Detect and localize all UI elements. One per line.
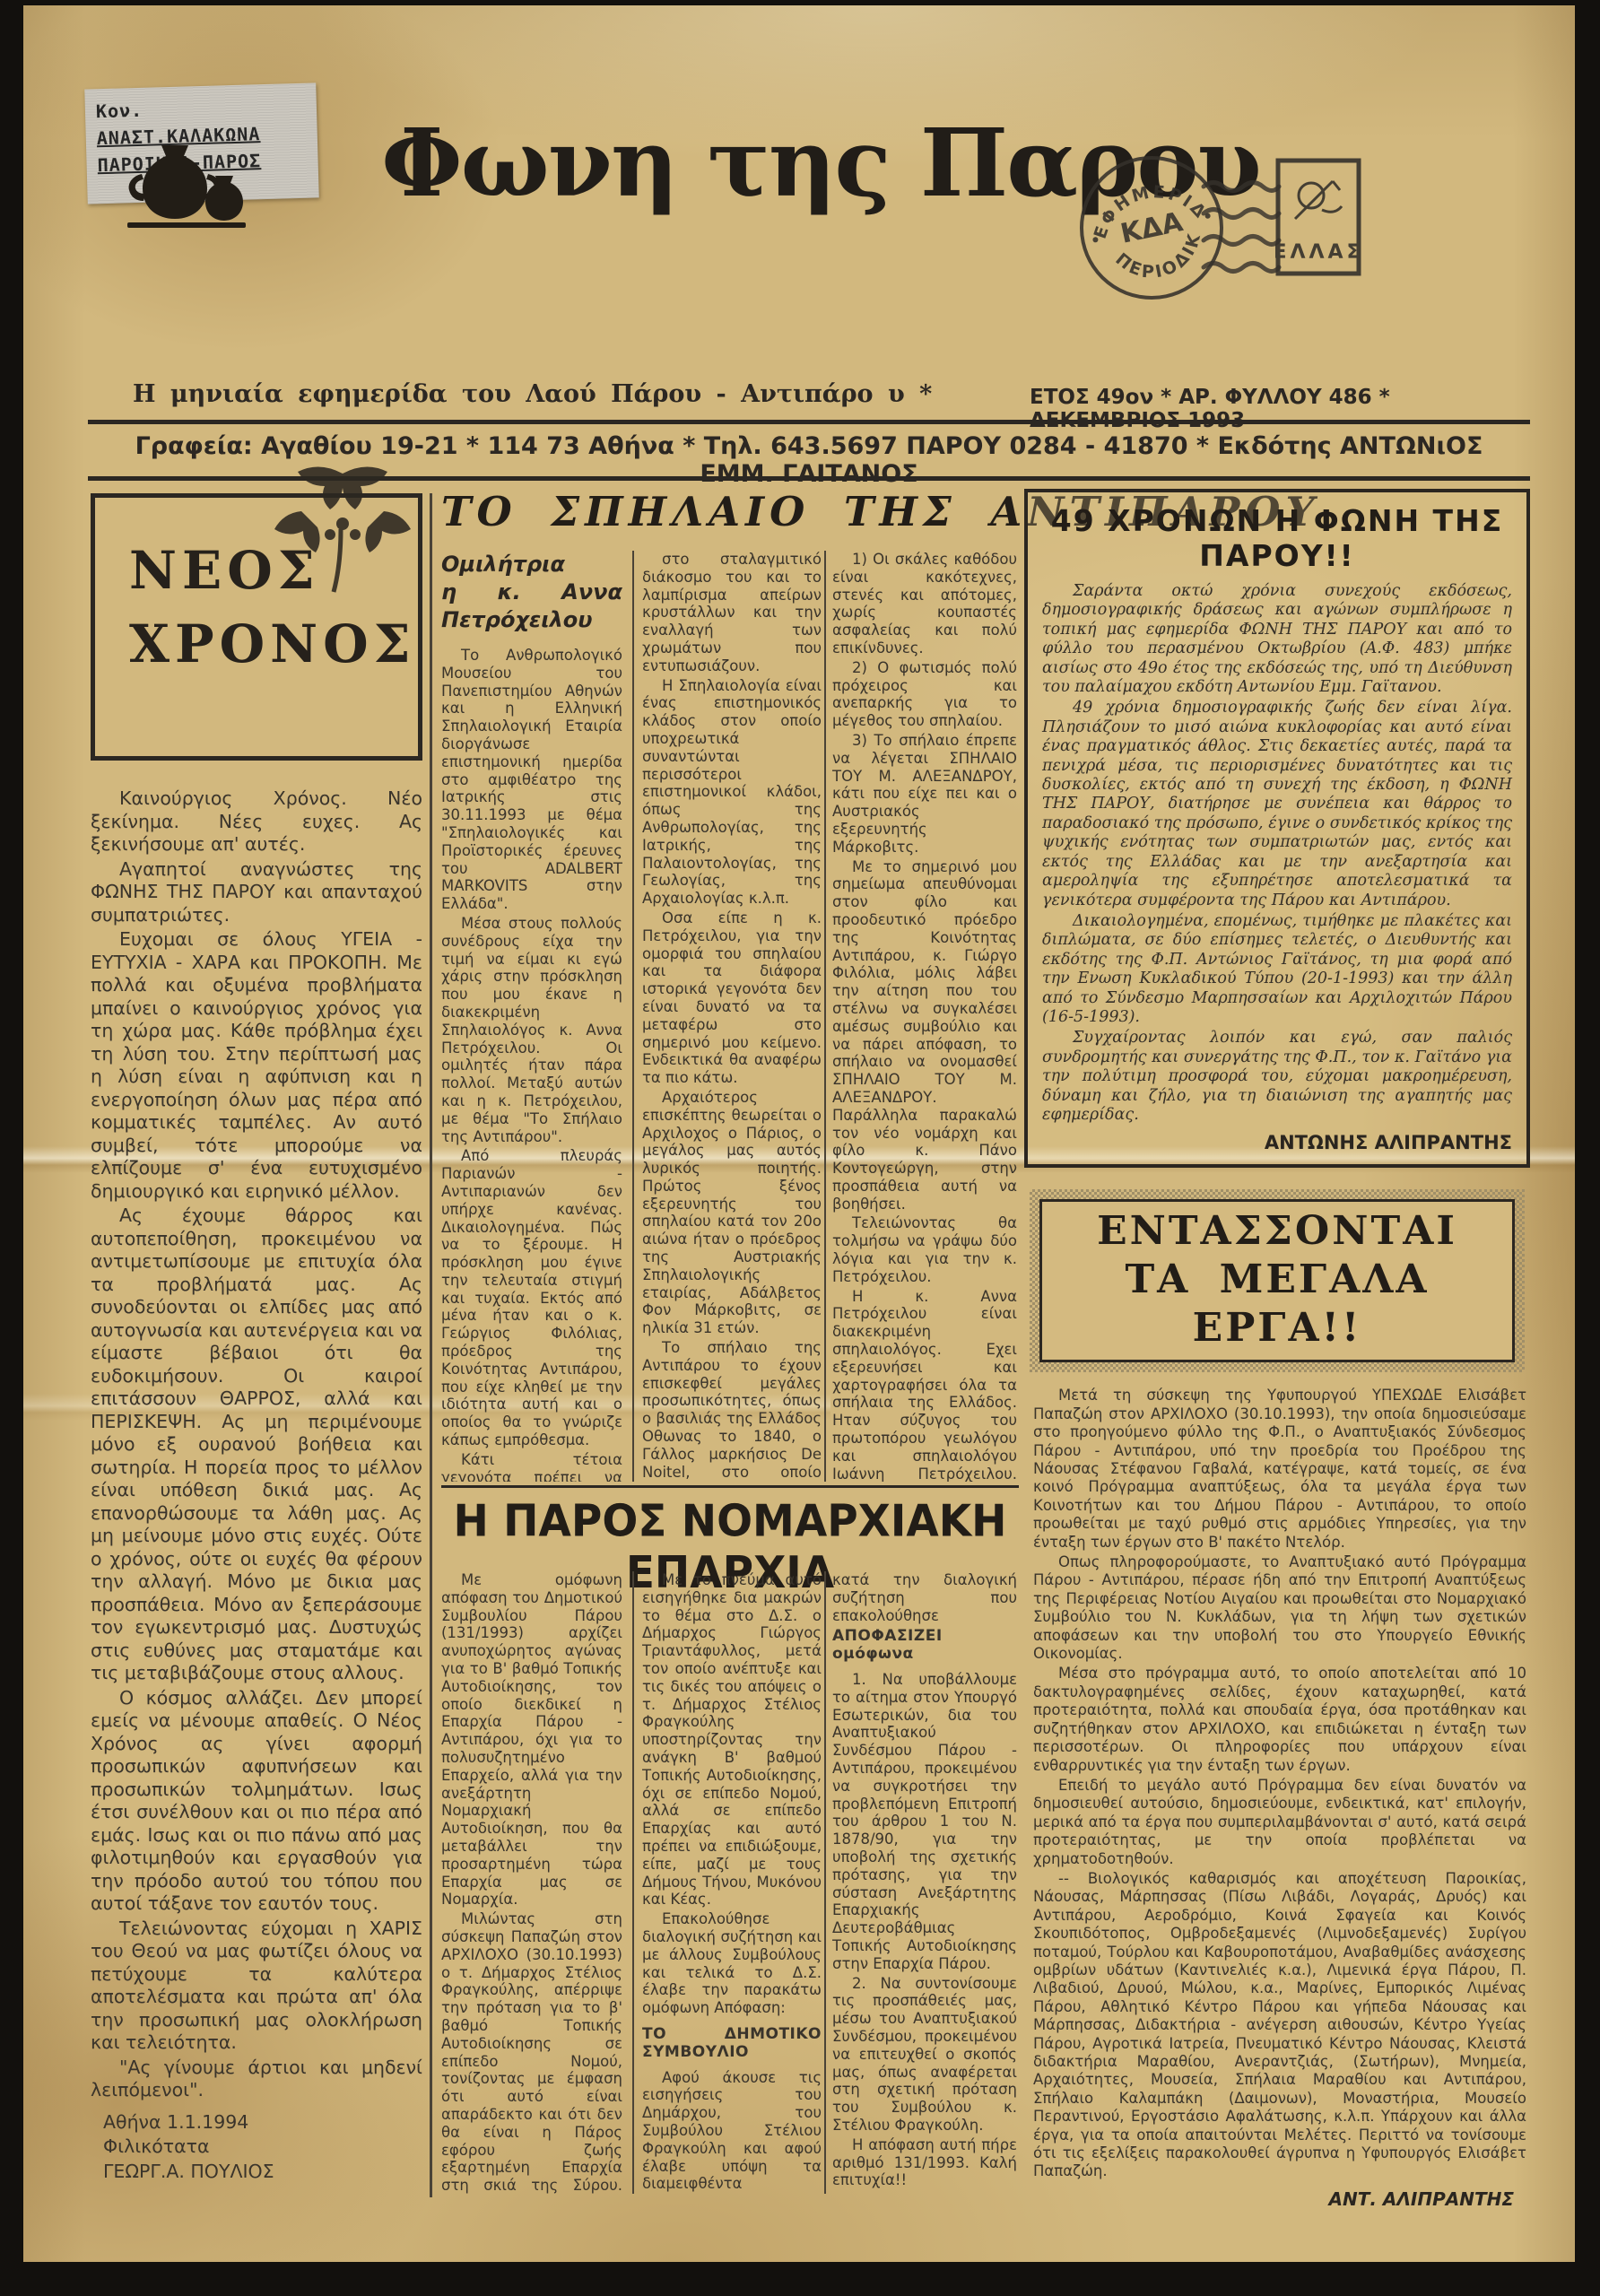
spilaio-byline: Ομιλήτρια η κ. Αννα Πετρόχειλου [441, 551, 622, 634]
column-rule-mid2b [824, 1571, 826, 2194]
paragraph: Δικηγόρος [91, 2185, 422, 2187]
neos-chronos-signature: Αθήνα 1.1.1994ΦιλικόταταΓΕΩΡΓ.Α. ΠΟΥΛΙΟΣ… [91, 2111, 422, 2187]
spilaio-headline: ΤΟ ΣΠΗΛΑΙΟ ΤΗΣ ΑΝΤΙΠΑΡΟΥ [441, 488, 1019, 535]
spilaio-col1-paragraphs: Το Ανθρωπολογικό Μουσείου του Πανεπιστημ… [441, 647, 622, 1482]
paragraph: Η κ. Αννα Πετρόχειλου είναι διακεκριμένη… [832, 1288, 1017, 1482]
paragraph: Με το σημερινό μου σημείωμα απευθύνομαι … [832, 858, 1017, 1213]
megala-erga-headline-line1: ΕΝΤΑΣΣΟΝΤΑΙ [1044, 1207, 1510, 1256]
megala-erga-signature: ΑΝΤ. ΑΛΙΠΡΑΝΤΗΣ [1033, 2188, 1526, 2210]
paragraph: Ας έχουμε θάρρος και αυτοπεποίθηση, προκ… [91, 1205, 422, 1685]
masthead-subtitle: Η μηνιαία εφημερίδα του Λαού Πάρου - Αντ… [133, 380, 932, 408]
masthead-rule-top [88, 420, 1530, 424]
nomarchiaki-column-1: Με ομόφωνη απόφαση του Δημοτικού Συμβουλ… [441, 1571, 622, 2194]
spilaio-column-3: 1) Οι σκάλες καθόδου είναι κακότεχνες, σ… [832, 551, 1017, 1482]
paragraph: Η Σπηλαιολογία είναι ένας επιστημονικός … [642, 677, 822, 908]
megala-erga-headline-frame: ΕΝΤΑΣΣΟΝΤΑΙ ΤΑ ΜΕΓΑΛΑ ΕΡΓΑ!! [1030, 1189, 1525, 1372]
paragraph: Η απόφαση αυτή πήρε αριθμό 131/1993. Καλ… [832, 2136, 1017, 2189]
paragraph: Από πλευράς Παριανών - Αντιπαριανών δεν … [441, 1147, 622, 1449]
chronia49-signature: ΑΝΤΩΝΗΣ ΑΛΙΠΡΑΝΤΗΣ [1042, 1132, 1512, 1153]
spilaio-col3-paragraphs: 1) Οι σκάλες καθόδου είναι κακότεχνες, σ… [832, 551, 1017, 1482]
paragraph: 2. Να συντονίσουμε τις προσπάθειές μας, … [832, 1975, 1017, 2135]
nomarchiaki-column-3: κατά την διαλογική συζήτηση που επακολού… [832, 1571, 1017, 2194]
paragraph: Με το πνεύμα αυτό εισηγήθηκε δια μακρών … [642, 1571, 822, 1909]
megala-erga-body: Μετά τη σύσκεψη της Υφυπουργού ΥΠΕΧΩΔΕ Ε… [1024, 1387, 1530, 2209]
nomarchiaki-col2-subhead: ΤΟ ΔΗΜΟΤΙΚΟ ΣΥΜΒΟΥΛΙΟ [642, 2026, 822, 2062]
neos-chronos-body: Καινούργιος Χρόνος. Νέο ξεκίνημα. Νέες ε… [91, 787, 422, 2187]
paragraph: στο σταλαγμιτικό διάκοσμο του και το λαμ… [642, 551, 822, 675]
megala-erga-headline-box: ΕΝΤΑΣΣΟΝΤΑΙ ΤΑ ΜΕΓΑΛΑ ΕΡΓΑ!! [1039, 1199, 1515, 1362]
paragraph: Κάτι τέτοια γεγονότα πρέπει να στέλνοντα… [441, 1451, 622, 1482]
column-rule-left [430, 493, 432, 2197]
right-column: 49 ΧΡΟΝΩΝ Η ΦΩΝΗ ΤΗΣ ΠΑΡΟΥ!! Σαράντα οκτ… [1024, 489, 1530, 2254]
paragraph: Με ομόφωνη απόφαση του Δημοτικού Συμβουλ… [441, 1571, 622, 1909]
byline-role: Ομιλήτρια [441, 551, 622, 578]
paragraph: Φιλικότατα [91, 2135, 422, 2159]
svg-text:ΕΛΛΑΣ: ΕΛΛΑΣ [1275, 241, 1361, 264]
svg-text:ΚΔΑ: ΚΔΑ [1117, 206, 1186, 250]
paragraph: Οπως πληροφορούμαστε, το Αναπτυξιακό αυτ… [1033, 1553, 1526, 1663]
byline-name: η κ. Αννα Πετρόχειλου [441, 578, 622, 634]
paragraph: Τελειώνοντας θα τολμήσω να γράψω δύο λόγ… [832, 1214, 1017, 1285]
paragraph: Αφού άκουσε τις εισηγήσεις του Δημάρχου,… [642, 2069, 822, 2194]
paragraph: Μέσα στους πολλούς συνέδρους είχα την τι… [441, 915, 622, 1145]
nomarchiaki-rule [441, 1485, 1019, 1488]
nomarchiaki-col2-paragraphs: Με το πνεύμα αυτό εισηγήθηκε δια μακρών … [642, 1571, 822, 2017]
paragraph: 2) Ο φωτισμός πολύ πρόχειρος και ανεπαρκ… [832, 659, 1017, 730]
holly-sprig-icon [265, 447, 420, 606]
paragraph: ΓΕΩΡΓ.Α. ΠΟΥΛΙΟΣ [91, 2161, 422, 2184]
paragraph: Το σπήλαιο της Αντιπάρου το έχουν επισκε… [642, 1339, 822, 1482]
paragraph: 1) Οι σκάλες καθόδου είναι κακότεχνες, σ… [832, 551, 1017, 657]
column-rule-mid1b [632, 1571, 634, 2194]
paragraph: Το Ανθρωπολογικό Μουσείου του Πανεπιστημ… [441, 647, 622, 913]
paragraph: Μετά τη σύσκεψη της Υφυπουργού ΥΠΕΧΩΔΕ Ε… [1033, 1387, 1526, 1552]
paragraph: Μιλώντας στη σύσκεψη Παπαζώη στον ΑΡΧΙΛΟ… [441, 1910, 622, 2194]
paragraph: Ευχομαι σε όλους ΥΓΕΙΑ - ΕΥΤΥΧΙΑ - ΧΑΡΑ … [91, 928, 422, 1203]
megala-erga-paragraphs: Μετά τη σύσκεψη της Υφυπουργού ΥΠΕΧΩΔΕ Ε… [1033, 1387, 1526, 2180]
paragraph: Καινούργιος Χρόνος. Νέο ξεκίνημα. Νέες ε… [91, 787, 422, 857]
greece-postal-stamp: ΕΛΛΑΣ [1275, 158, 1361, 276]
paragraph: Συγχαίροντας λοιπόν και εγώ, σαν παλιός … [1042, 1029, 1512, 1125]
spilaio-column-2: στο σταλαγμιτικό διάκοσμο του και το λαμ… [642, 551, 822, 1482]
posthorn-icon [1295, 181, 1342, 219]
paragraph: Σαράντα οκτώ χρόνια συνεχούς εκδόσεως, δ… [1042, 582, 1512, 697]
issue-info: ΕΤΟΣ 49ον * ΑΡ. ΦΥΛΛΟΥ 486 * ΔΕΚΕΜΒΡΙΟΣ … [1030, 386, 1532, 432]
chronia49-article-box: 49 ΧΡΟΝΩΝ Η ΦΩΝΗ ΤΗΣ ΠΑΡΟΥ!! Σαράντα οκτ… [1024, 489, 1530, 1168]
chronia49-headline: 49 ΧΡΟΝΩΝ Η ΦΩΝΗ ΤΗΣ ΠΑΡΟΥ!! [1042, 503, 1512, 573]
megala-erga-headline-line2: ΤΑ ΜΕΓΑΛΑ ΕΡΓΑ!! [1044, 1256, 1510, 1352]
wavy-cancellation-icon [1200, 176, 1283, 282]
nomarchiaki-column-2: Με το πνεύμα αυτό εισηγήθηκε δια μακρών … [642, 1571, 822, 2194]
paragraph: 49 χρόνια δημοσιογραφικής ζωής δεν είναι… [1042, 699, 1512, 909]
nomarchiaki-col3-paragraphs: 1. Να υποβάλλουμε το αίτημα στον Υπουργό… [832, 1671, 1017, 2189]
paragraph: 3) Το σπήλαιο έπρεπε να λέγεται ΣΠΗΛΑΙΟ … [832, 732, 1017, 857]
spilaio-col2-paragraphs: στο σταλαγμιτικό διάκοσμο του και το λαμ… [642, 551, 822, 1482]
nomarchiaki-col2-after: Αφού άκουσε τις εισηγήσεις του Δημάρχου,… [642, 2069, 822, 2194]
column-rule-mid1 [632, 551, 634, 1482]
chronia49-paragraphs: Σαράντα οκτώ χρόνια συνεχούς εκδόσεως, δ… [1042, 582, 1512, 1125]
paragraph: Επακολούθησε διαλογική συζήτηση και με ά… [642, 1910, 822, 2017]
paragraph: Μέσα στο πρόγραμμα αυτό, το οποίο αποτελ… [1033, 1665, 1526, 1774]
paragraph: Αρχαιότερος επισκέπτης θεωρείται ο Αρχιλ… [642, 1089, 822, 1337]
nomarchiaki-col3-lead: κατά την διαλογική συζήτηση που επακολού… [832, 1571, 1017, 1624]
paragraph: Αθήνα 1.1.1994 [91, 2111, 422, 2135]
neos-chronos-title-line2: ΧΡΟΝΟΣ [129, 607, 418, 681]
paragraph: "Ας γίνουμε άρτιοι και μηδενί λειπόμενοι… [91, 2057, 422, 2102]
paragraph: Τελειώνοντας εύχομαι η ΧΑΡΙΣ του Θεού να… [91, 1918, 422, 2055]
nomarchiaki-col1-paragraphs: Με ομόφωνη απόφαση του Δημοτικού Συμβουλ… [441, 1571, 622, 2194]
newspaper-page: Κον. ΑΝΑΣΤ.ΚΑΛΑΚΩΝΑ ΠΑΡΟΙΚΙΑ-ΠΑΡΟΣ Φωνη … [0, 0, 1600, 2296]
spilaio-column-1: Ομιλήτρια η κ. Αννα Πετρόχειλου Το Ανθρω… [441, 551, 622, 1482]
paragraph: Ο κόσμος αλλάζει. Δεν μπορεί εμείς να μέ… [91, 1687, 422, 1916]
neos-chronos-paragraphs: Καινούργιος Χρόνος. Νέο ξεκίνημα. Νέες ε… [91, 787, 422, 2102]
column-rule-mid2 [824, 551, 826, 1482]
paragraph: Δικαιολογημένα, επομένως, τιμήθηκε με πλ… [1042, 912, 1512, 1027]
paragraph: Οσα είπε η κ. Πετρόχειλου, για την ομορφ… [642, 909, 822, 1087]
paragraph: -- Βιολογικός καθαρισμός και αποχέτευση … [1033, 1870, 1526, 2181]
paragraph: Αγαπητοί αναγνώστες της ΦΩΝΗΣ ΤΗΣ ΠΑΡΟΥ … [91, 858, 422, 927]
nomarchiaki-col3-subhead: ΑΠΟΦΑΣΙΖΕΙ ομόφωνα [832, 1628, 1017, 1664]
paragraph: Επειδή το μεγάλο αυτό Πρόγραμμα δεν είνα… [1033, 1777, 1526, 1868]
paragraph: 1. Να υποβάλλουμε το αίτημα στον Υπουργό… [832, 1671, 1017, 1973]
